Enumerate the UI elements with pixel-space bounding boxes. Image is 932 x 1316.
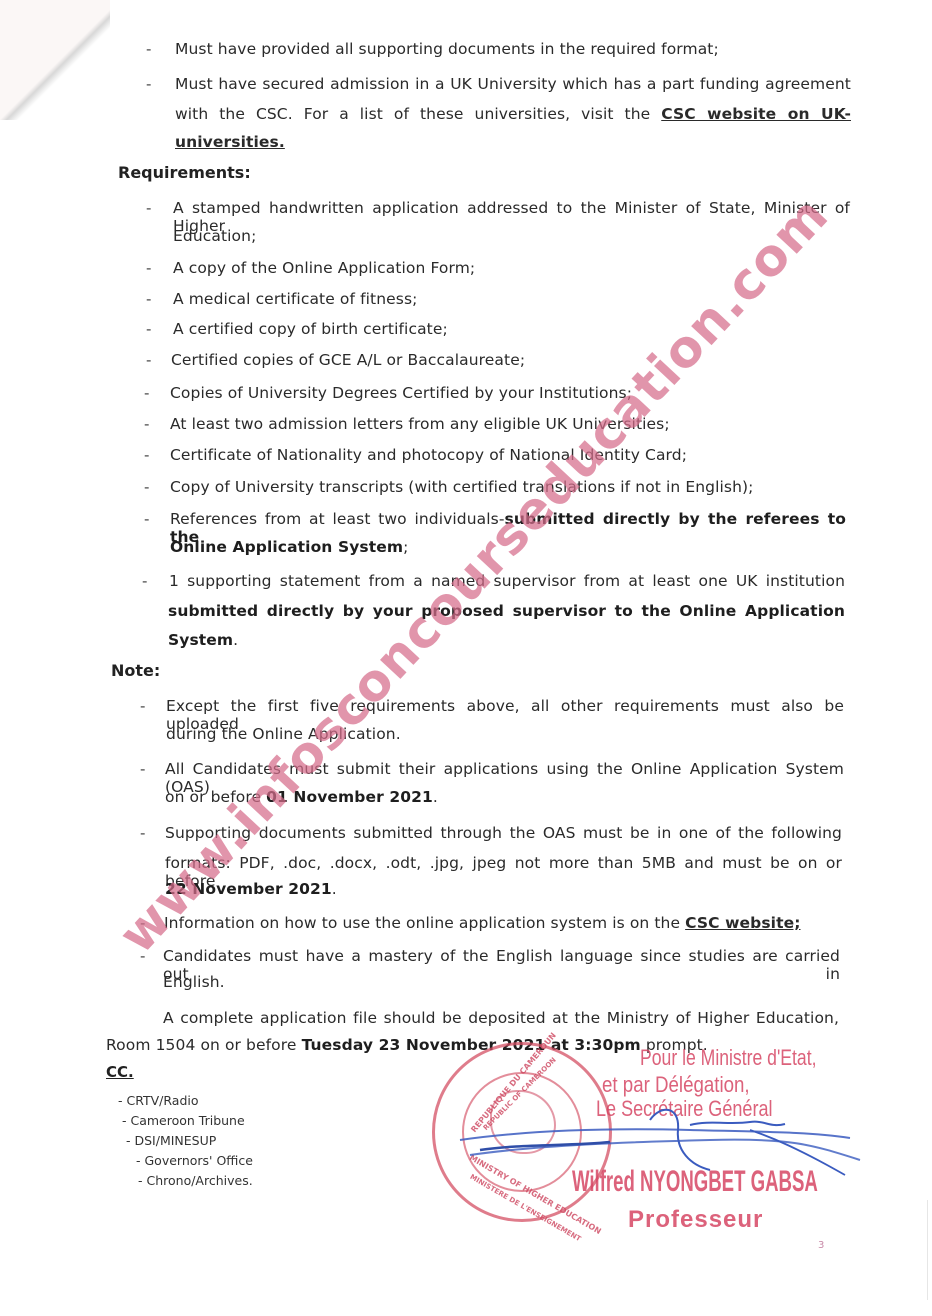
cc-heading: CC.	[106, 1063, 134, 1081]
csc-website-link[interactable]: CSC website;	[685, 914, 800, 932]
bullet-dash: -	[146, 320, 151, 338]
note-item-cont: on or before 01 November 2021.	[165, 788, 438, 806]
requirement-item: A copy of the Online Application Form;	[173, 259, 475, 277]
requirement-item: Copies of University Degrees Certified b…	[170, 384, 632, 402]
cc-item: - CRTV/Radio	[118, 1093, 199, 1108]
requirement-text: .	[233, 631, 238, 649]
requirement-text: References from at least two individuals…	[170, 510, 505, 528]
bullet-dash: -	[144, 478, 149, 496]
requirement-item-cont: Education;	[173, 227, 256, 245]
cc-item: - Governors' Office	[136, 1153, 253, 1168]
note-text: .	[433, 788, 438, 806]
bullet-dash: -	[146, 290, 151, 308]
bullet-dash: -	[146, 351, 151, 369]
closing-paragraph-cont: Room 1504 on or before Tuesday 23 Novemb…	[106, 1036, 708, 1054]
bullet-dash: -	[140, 760, 145, 778]
requirement-item: 1 supporting statement from a named supe…	[169, 572, 845, 590]
note-text: Information on how to use the online app…	[164, 914, 685, 932]
eligibility-item: Must have provided all supporting docume…	[175, 40, 719, 58]
eligibility-item: Must have secured admission in a UK Univ…	[175, 75, 851, 93]
requirement-item: Certificate of Nationality and photocopy…	[170, 446, 687, 464]
bullet-dash: -	[140, 947, 145, 965]
bullet-dash: -	[146, 199, 151, 217]
cc-item: - Cameroon Tribune	[122, 1113, 245, 1128]
page-edge	[927, 1200, 932, 1300]
signatory-title: Professeur	[628, 1206, 763, 1234]
requirement-item-cont: System.	[168, 631, 238, 649]
note-text: .	[332, 880, 337, 898]
csc-website-link-cont[interactable]: universities.	[175, 133, 285, 151]
csc-website-link[interactable]: CSC website on UK-	[661, 105, 851, 123]
requirement-text: ;	[403, 538, 408, 556]
final-deadline: Tuesday 23 November 2021 at 3:30pm	[302, 1036, 641, 1054]
requirement-item: Copy of University transcripts (with cer…	[170, 478, 753, 496]
note-item-cont: during the Online Application.	[166, 725, 401, 743]
bullet-dash: -	[140, 697, 145, 715]
eligibility-text: with the CSC. For a list of these univer…	[175, 105, 650, 123]
deadline-date: 22 November 2021	[165, 880, 332, 898]
bullet-dash: -	[140, 914, 145, 932]
bullet-dash: -	[144, 446, 149, 464]
document-page: - Must have provided all supporting docu…	[0, 0, 932, 1316]
requirement-item: A stamped handwritten application addres…	[173, 199, 850, 235]
cc-item: - DSI/MINESUP	[126, 1133, 216, 1148]
requirement-bold-text: submitted directly by your proposed supe…	[168, 602, 845, 620]
requirement-item-cont: submitted directly by your proposed supe…	[168, 602, 845, 620]
bullet-dash: -	[140, 824, 145, 842]
note-text: on or before	[165, 788, 266, 806]
requirement-item: At least two admission letters from any …	[170, 415, 670, 433]
closing-text: Room 1504 on or before	[106, 1036, 302, 1054]
note-heading: Note:	[111, 661, 160, 680]
bullet-dash: -	[146, 75, 151, 93]
closing-paragraph: A complete application file should be de…	[163, 1009, 839, 1027]
deadline-date: 01 November 2021	[266, 788, 433, 806]
bullet-dash: -	[144, 510, 149, 528]
requirement-bold-text: Online Application System	[170, 538, 403, 556]
requirement-item: A certified copy of birth certificate;	[173, 320, 448, 338]
note-item-cont: 22 November 2021.	[165, 880, 337, 898]
bullet-dash: -	[142, 572, 147, 590]
note-item: Supporting documents submitted through t…	[165, 824, 842, 842]
requirement-bold-text: System	[168, 631, 233, 649]
requirements-heading: Requirements:	[118, 163, 251, 182]
requirement-item: A medical certificate of fitness;	[173, 290, 417, 308]
bullet-dash: -	[144, 415, 149, 433]
signatory-name: Wilfred NYONGBET GABSA	[572, 1165, 818, 1199]
bullet-dash: -	[144, 384, 149, 402]
requirement-item-cont: Online Application System;	[170, 538, 408, 556]
signature-line: et par Délégation,	[602, 1072, 750, 1098]
note-item-cont: English.	[163, 973, 225, 991]
folded-corner	[0, 0, 110, 120]
bullet-dash: -	[146, 40, 151, 58]
note-item: Candidates must have a mastery of the En…	[163, 947, 840, 983]
bullet-dash: -	[146, 259, 151, 277]
signature-line: Pour le Ministre d'Etat,	[640, 1045, 817, 1071]
page-number: 3	[818, 1240, 824, 1251]
csc-website-link-text[interactable]: universities.	[175, 133, 285, 151]
eligibility-item-line2: with the CSC. For a list of these univer…	[175, 105, 851, 123]
requirement-item: Certified copies of GCE A/L or Baccalaur…	[171, 351, 525, 369]
cc-item: - Chrono/Archives.	[138, 1173, 253, 1188]
note-item: Information on how to use the online app…	[164, 914, 801, 932]
